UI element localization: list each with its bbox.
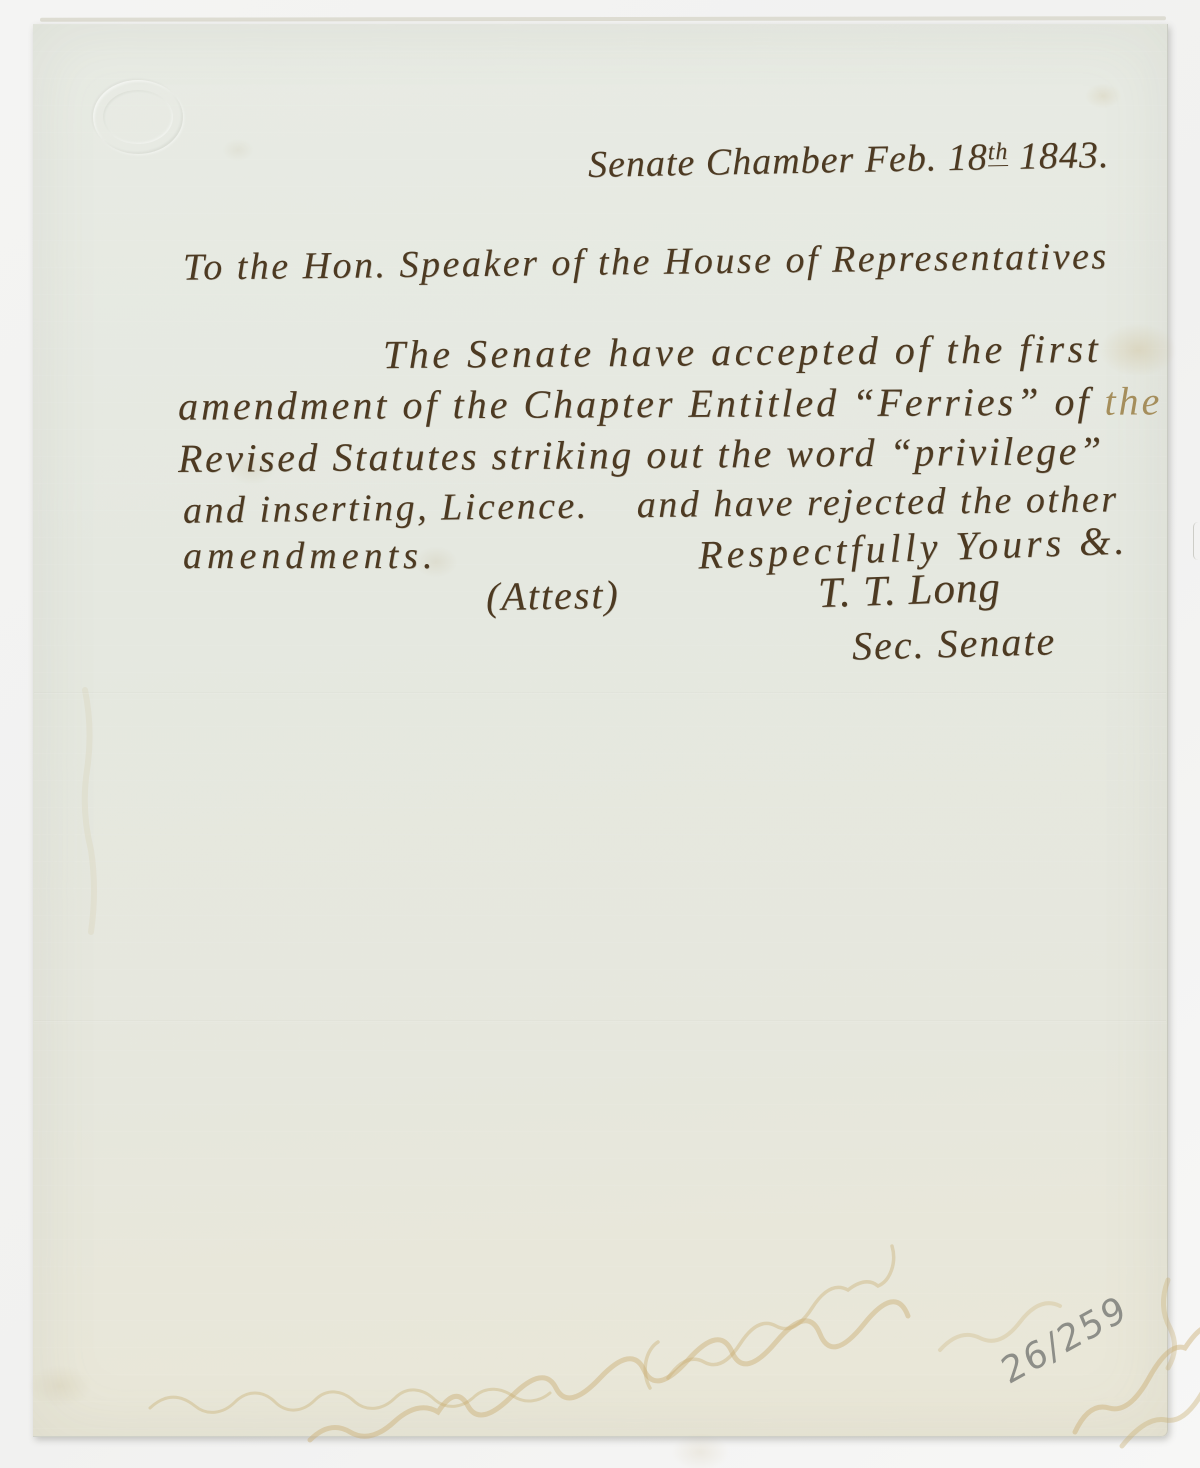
body-line-1: The Senate have accepted of the first	[383, 325, 1102, 378]
scanned-letter-page: Senate Chamber Feb. 18th 1843. To the Ho…	[0, 0, 1200, 1468]
dateline-ordinal: th	[987, 139, 1008, 166]
attest-note: (Attest)	[486, 571, 621, 620]
dateline-text: Senate Chamber Feb. 18	[588, 136, 989, 186]
signature: T. T. Long	[817, 563, 1001, 618]
body-line-2-text: amendment of the Chapter Entitled “Ferri…	[178, 379, 1092, 429]
body-line-2: amendment of the Chapter Entitled “Ferri…	[178, 377, 1163, 429]
embossed-paper-seal	[93, 80, 183, 154]
dateline-year: 1843.	[1008, 134, 1110, 178]
underlying-sheet-edge	[40, 16, 1166, 22]
paper-edge-notch	[1193, 522, 1200, 560]
body-line-5: amendments.	[183, 534, 437, 578]
signer-title: Sec. Senate	[851, 617, 1056, 669]
body-line-2-faded-word: the	[1104, 378, 1162, 423]
body-line-3: Revised Statutes striking out the word “…	[178, 427, 1104, 482]
